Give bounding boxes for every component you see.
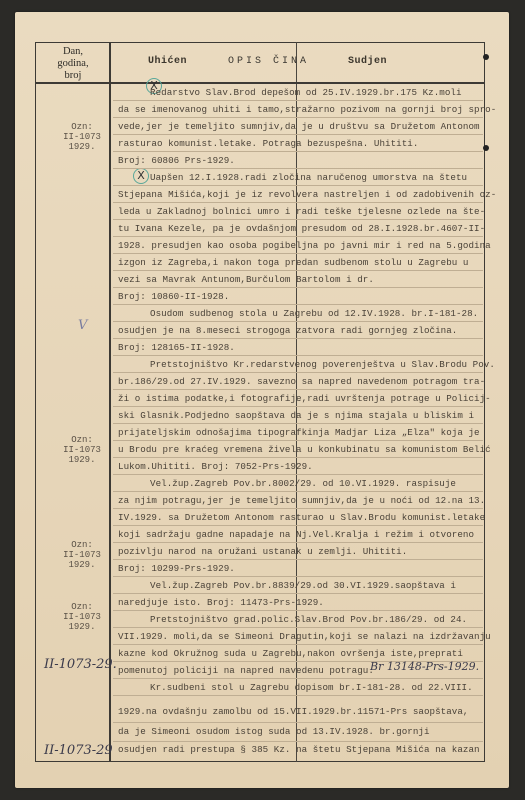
text-line: 1928. presudjen kao osoba pogibeljna po … — [118, 240, 491, 251]
text-line: kazne kod Okružnog suda u Zagrebu,nakon … — [118, 648, 463, 659]
text-line: rasturao komunist.letake. Potraga bezusp… — [118, 138, 418, 149]
text-line: izgon iz Zagreba,i nakon toga predan sud… — [118, 257, 469, 268]
column-header-date: Dan, godina, broj — [37, 46, 109, 82]
text-line: ži o istima podatke,i fotografije,radi u… — [118, 393, 491, 404]
text-line: prijateljskim odnošajima tipografkinja M… — [118, 427, 480, 438]
text-line: Stjepana Mišića,koji je iz revolvera nas… — [118, 189, 496, 200]
check-mark-icon: V — [78, 318, 87, 333]
handwritten-broj: Br 13148-Prs-1929. — [370, 660, 479, 673]
text-line: tu Ivana Kezele, pa je ovdašnjom presudo… — [118, 223, 485, 234]
text-line: ski Glasnik.Podjedno saopštava da je s n… — [118, 410, 474, 421]
header-divider — [35, 82, 485, 84]
text-line: Broj: 10299-Prs-1929. — [118, 563, 235, 574]
text-line: vede,jer je temeljito sumnjiv,da je u dr… — [118, 121, 480, 132]
margin-note: Ozn: II-1073 1929. — [56, 602, 108, 632]
text-line: IV.1929. sa Družetom Antonom rasturao u … — [118, 512, 485, 523]
column-divider-left — [109, 42, 111, 762]
text-line: da je Simeoni osudom istog suda od 13.IV… — [118, 726, 430, 737]
header-label-godina: godina, — [37, 58, 109, 70]
text-line: pozivlju narod na oružani ustanak u zeml… — [118, 546, 407, 557]
header-label-broj: broj — [37, 70, 109, 82]
text-line: za njim potragu,jer je temeljito sumnjiv… — [118, 495, 485, 506]
text-line: koji sadržaju gadne napadaje na Nj.Vel.K… — [118, 529, 474, 540]
text-line: Redarstvo Slav.Brod depešom od 25.IV.192… — [150, 87, 462, 98]
x-mark-icon: X — [133, 168, 149, 184]
header-title-opis-cina: OPIS ČINA — [228, 56, 309, 67]
text-line: Broj: 60806 Prs-1929. — [118, 155, 235, 166]
header-struck-uhicen: Uhićen — [148, 56, 187, 67]
text-line: leda u Zakladnoj bolnici umro i radi teš… — [118, 206, 485, 217]
margin-note: Ozn: II-1073 1929. — [56, 540, 108, 570]
text-line: 1929.na ovdašnju zamolbu od 15.VII.1929.… — [118, 706, 469, 717]
text-line: vezi sa Mavrak Antunom,Burčulom Bartolom… — [118, 274, 374, 285]
punch-hole-bottom — [483, 145, 489, 151]
text-line: Vel.žup.Zagreb Pov.br.8839/29.od 30.VI.1… — [150, 580, 456, 591]
text-line: Vel.žup.Zagreb Pov.br.8002/29. od 10.VI.… — [150, 478, 456, 489]
header-struck-sudjen: Sudjen — [348, 56, 387, 67]
handwritten-ref-2: II-1073-29 — [44, 743, 113, 758]
margin-note: Ozn: II-1073 1929. — [56, 435, 108, 465]
text-line: br.186/29.od 27.IV.1929. saveznо sa napr… — [118, 376, 485, 387]
punch-hole-top — [483, 54, 489, 60]
text-line: Broj: 10860-II-1928. — [118, 291, 229, 302]
text-line: VII.1929. moli,da se Simeoni Dragutin,ko… — [118, 631, 491, 642]
handwritten-ref-1: II-1073-29. — [44, 657, 117, 672]
text-line: Uapšen 12.I.1928.radi zločina naručenog … — [150, 172, 467, 183]
text-line: Lukom.Uhititi. Broj: 7052-Prs-1929. — [118, 461, 313, 472]
text-line: Broj: 128165-II-1928. — [118, 342, 235, 353]
text-line: Pretstojništvo Kr.redarstvenog poverenje… — [150, 359, 495, 370]
text-line: Osudom sudbenog stola u Zagrebu od 12.IV… — [150, 308, 478, 319]
margin-note: Ozn: II-1073 1929. — [56, 122, 108, 152]
text-line: u Brodu pre kraćeg vremena živela u konk… — [118, 444, 491, 455]
header-label-dan: Dan, — [37, 46, 109, 58]
text-line: osudjen radi prestupa § 385 Kz. na štetu… — [118, 744, 480, 755]
text-line: da se imenovanog uhiti i tamo,stražarno … — [118, 104, 496, 115]
text-line: Pretstojništvo grad.polic.Slav.Brod Pov.… — [150, 614, 467, 625]
text-line: Kr.sudbeni stol u Zagrebu dopisom br.I-1… — [150, 682, 473, 693]
text-line: naredjuje isto. Broj: 11473-Prs-1929. — [118, 597, 324, 608]
text-line: pomenutoj policiji na napred navedenu po… — [118, 665, 374, 676]
text-line: osudjen je na 8.meseci strogoga zatvora … — [118, 325, 457, 336]
